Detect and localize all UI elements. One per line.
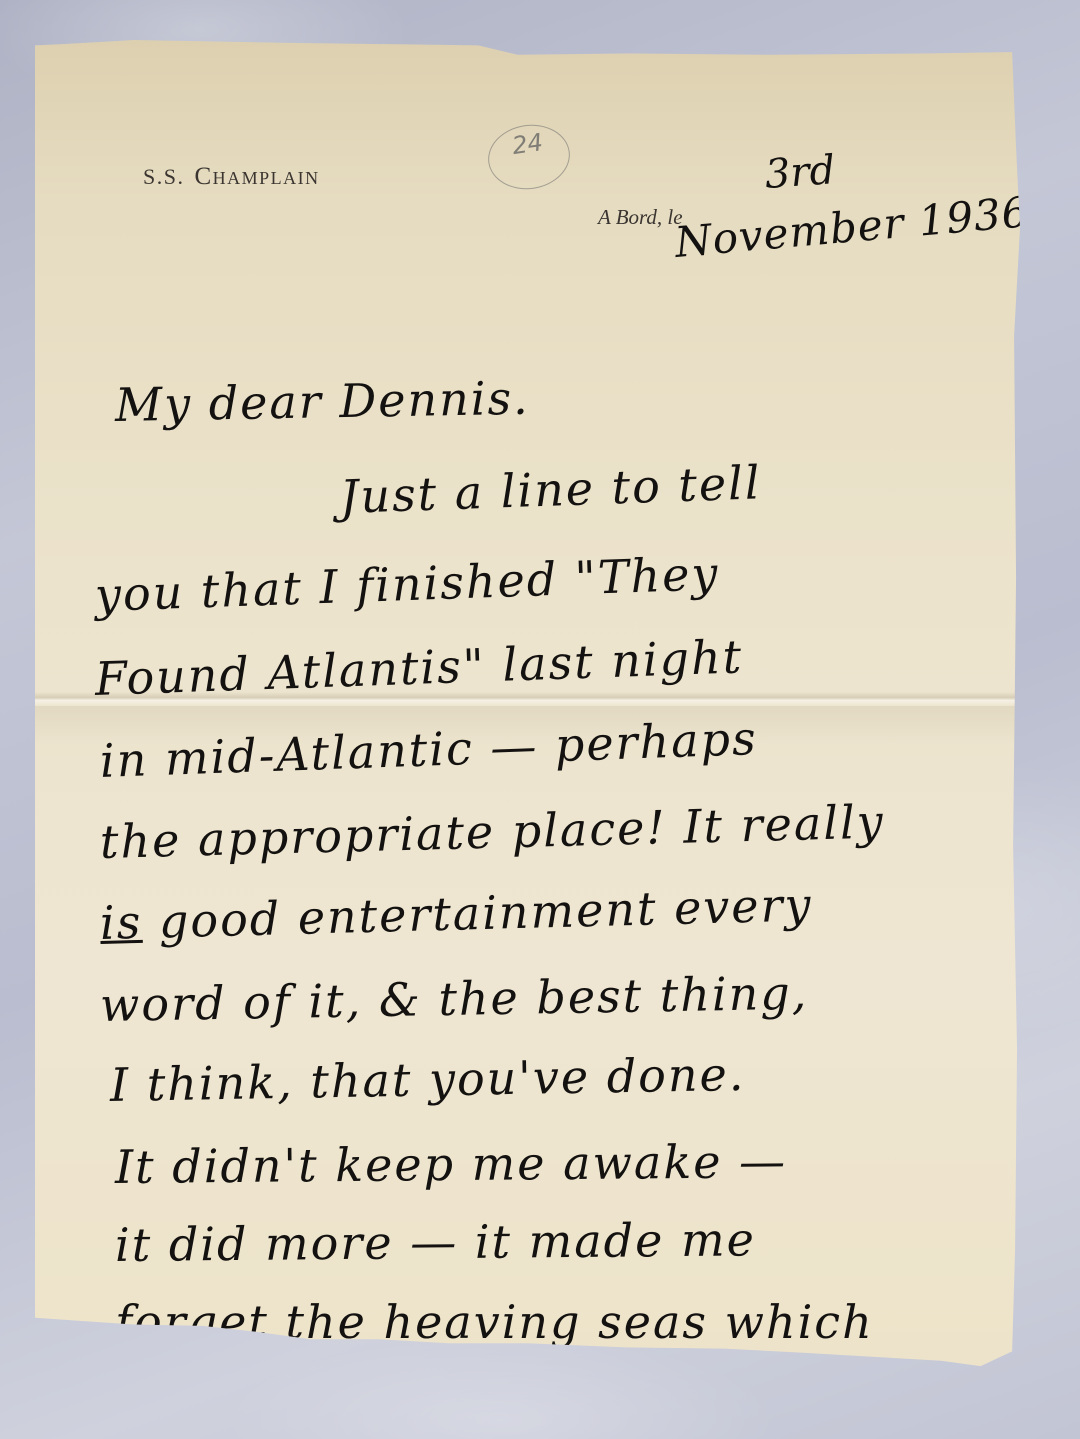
letterhead-place-line: A Bord, le xyxy=(598,205,683,230)
date-month-year: November 1936. xyxy=(673,186,1046,267)
archive-number: 24 xyxy=(510,128,544,160)
body-line-9: It didn't keep me awake — xyxy=(115,1134,788,1194)
body-line-6-rest: good entertainment every xyxy=(142,877,813,949)
body-line-2: you that I finished "They xyxy=(94,546,720,622)
body-line-5: the appropriate place! It really xyxy=(99,794,885,869)
letterhead-ship-name: Champlain xyxy=(194,163,319,190)
body-line-7: word of it, & the best thing, xyxy=(100,966,809,1032)
archive-number-circle: 24 xyxy=(484,120,574,195)
body-line-6: is good entertainment every xyxy=(99,877,813,950)
letterhead-prefix: S.S. xyxy=(143,164,184,189)
letterhead: S.S.Champlain xyxy=(143,163,320,191)
date-day: 3rd xyxy=(763,147,836,198)
letter-sheet: S.S.Champlain 24 A Bord, le 3rd November… xyxy=(35,40,1020,1385)
salutation: My dear Dennis. xyxy=(115,371,531,432)
body-line-10: it did more — it made me xyxy=(115,1212,756,1272)
body-line-1: Just a line to tell xyxy=(339,455,762,524)
body-line-8: I think, that you've done. xyxy=(110,1047,746,1112)
underlined-word: is xyxy=(99,895,143,950)
